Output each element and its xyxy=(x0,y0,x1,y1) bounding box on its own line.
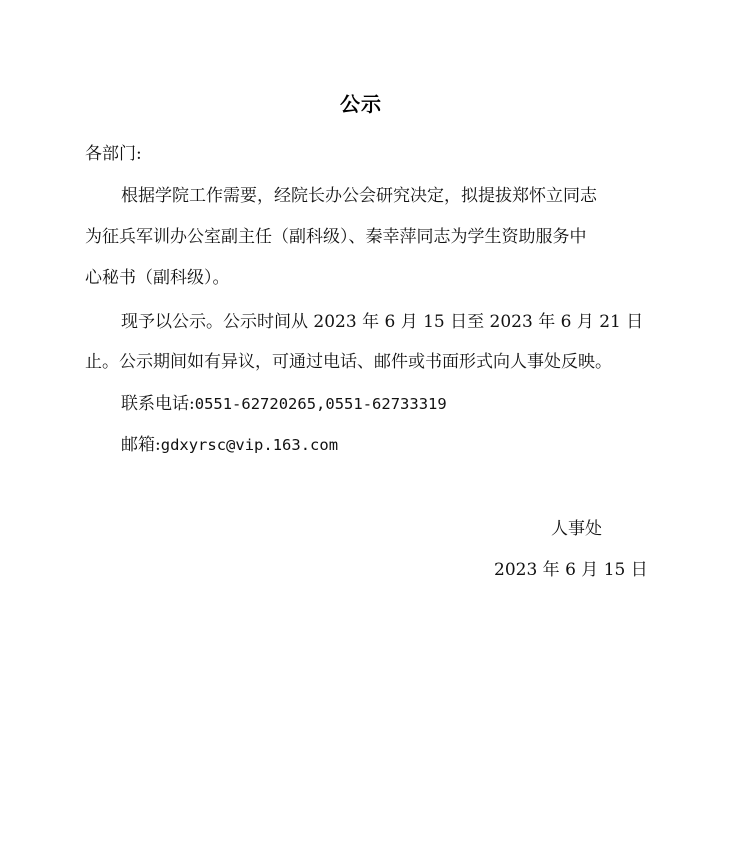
signature-department: 人事处 xyxy=(551,517,602,541)
phone-value: 0551-62720265,0551-62733319 xyxy=(195,395,447,413)
phone-label: 联系电话: xyxy=(121,394,195,414)
salutation: 各部门: xyxy=(85,142,142,166)
document-page: 公示 各部门: 根据学院工作需要，经院长办公会研究决定，拟提拔郑怀立同志 为征兵… xyxy=(0,0,737,859)
document-title: 公示 xyxy=(0,88,722,117)
signature-date: 2023 年 6 月 15 日 xyxy=(494,558,648,582)
paragraph2-line2: 止。公示期间如有异议，可通过电话、邮件或书面形式向人事处反映。 xyxy=(85,350,612,374)
contact-phone: 联系电话:0551-62720265,0551-62733319 xyxy=(121,392,447,416)
paragraph2-line1: 现予以公示。公示时间从 2023 年 6 月 15 日至 2023 年 6 月 … xyxy=(121,310,643,334)
contact-email: 邮箱:gdxyrsc@vip.163.com xyxy=(121,433,338,457)
email-value: gdxyrsc@vip.163.com xyxy=(161,436,338,454)
paragraph1-line3: 心秘书（副科级）。 xyxy=(85,266,230,290)
email-label: 邮箱: xyxy=(121,435,161,455)
paragraph1-line1: 根据学院工作需要，经院长办公会研究决定，拟提拔郑怀立同志 xyxy=(121,184,597,208)
paragraph1-line2: 为征兵军训办公室副主任（副科级）、秦幸萍同志为学生资助服务中 xyxy=(85,225,587,249)
